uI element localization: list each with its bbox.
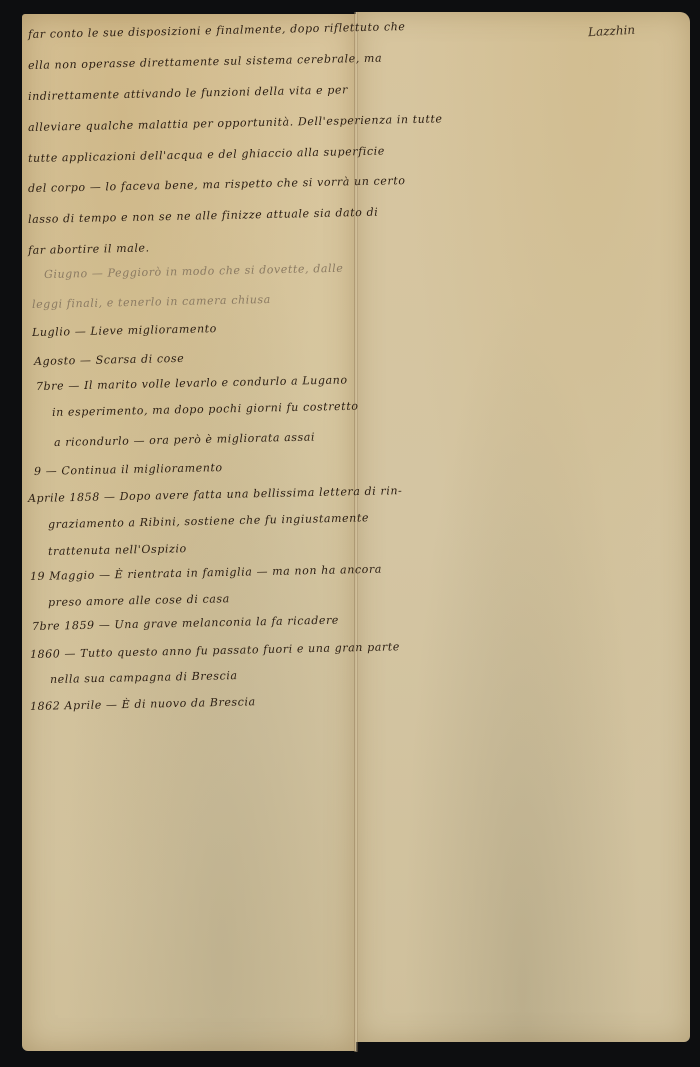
center-fold: [354, 12, 358, 1052]
left-page: [22, 14, 356, 1051]
right-page: [356, 12, 690, 1042]
text-line: far abortire il male.: [28, 241, 150, 257]
docket-signature: Lazzhin: [588, 23, 636, 39]
